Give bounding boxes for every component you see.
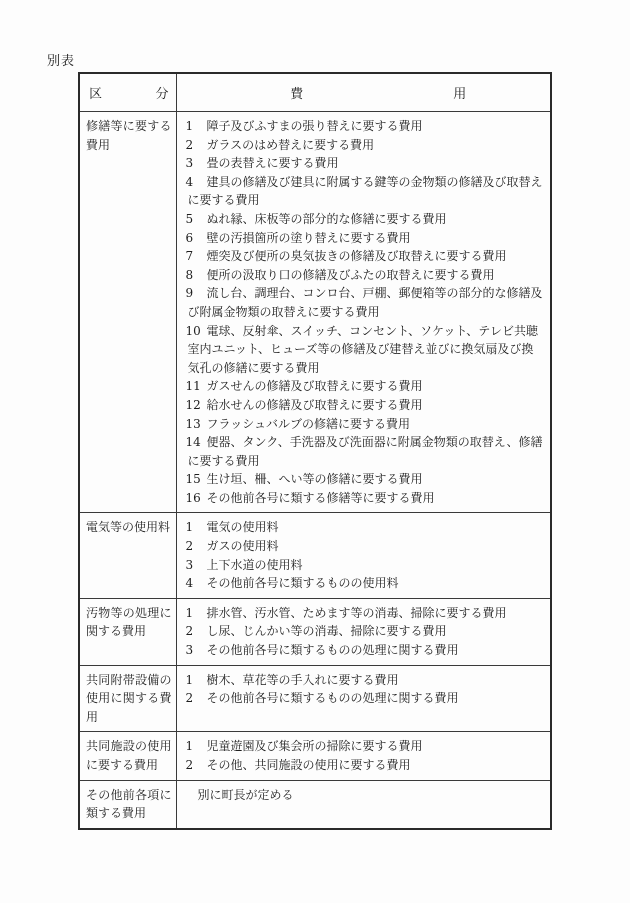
expense-item: 2ガスの使用料 bbox=[177, 537, 545, 556]
category-cell: 修繕等に要する費用 bbox=[79, 112, 176, 513]
document-page: 別表 区 分 費 用 修繕等に要 bbox=[0, 0, 630, 903]
expense-item: 16その他前各号に類する修繕等に要する費用 bbox=[177, 489, 545, 508]
item-text: し尿、じんかい等の消毒、掃除に要する費用 bbox=[207, 624, 447, 638]
item-text: 上下水道の使用料 bbox=[207, 558, 303, 572]
item-number: 15 bbox=[186, 470, 207, 489]
item-number: 3 bbox=[186, 641, 207, 660]
item-number: 2 bbox=[186, 689, 207, 708]
expense-item: 1樹木、草花等の手入れに要する費用 bbox=[177, 671, 545, 690]
item-text: 生け垣、柵、へい等の修繕に要する費用 bbox=[207, 472, 423, 486]
item-number: 2 bbox=[186, 622, 207, 641]
item-text: その他、共同施設の使用に要する費用 bbox=[207, 758, 411, 772]
item-number: 2 bbox=[186, 537, 207, 556]
item-text: その他前各号に類するものの使用料 bbox=[207, 576, 399, 590]
expense-item: 1電気の使用料 bbox=[177, 518, 545, 537]
header-expense-char-left: 費 bbox=[290, 83, 303, 102]
header-expense-char-right: 用 bbox=[453, 83, 466, 102]
table-row: 共同附帯設備の使用に関する費用1樹木、草花等の手入れに要する費用2その他前各号に… bbox=[79, 665, 551, 732]
header-category-cell: 区 分 bbox=[79, 73, 176, 112]
expense-item: 6壁の汚損箇所の塗り替えに要する費用 bbox=[177, 229, 545, 248]
table-row: その他前各項に類する費用別に町長が定める bbox=[79, 780, 551, 829]
expense-cell: 1児童遊園及び集会所の掃除に要する費用2その他、共同施設の使用に要する費用 bbox=[176, 732, 551, 780]
item-text: 便器、タンク、手洗器及び洗面器に附属金物類の取替え、修繕に要する費用 bbox=[188, 435, 543, 468]
item-number: 11 bbox=[186, 377, 207, 396]
item-number: 4 bbox=[186, 173, 207, 192]
expense-item: 2その他、共同施設の使用に要する費用 bbox=[177, 756, 545, 775]
expense-item: 8便所の汲取り口の修繕及びふたの取替えに要する費用 bbox=[177, 266, 545, 285]
item-number: 5 bbox=[186, 210, 207, 229]
item-number: 10 bbox=[186, 322, 207, 341]
category-cell: 共同附帯設備の使用に関する費用 bbox=[79, 665, 176, 732]
table-row: 汚物等の処理に関する費用1排水管、汚水管、ためます等の消毒、掃除に要する費用2し… bbox=[79, 598, 551, 665]
table-row: 修繕等に要する費用1障子及びふすまの張り替えに要する費用2ガラスのはめ替えに要す… bbox=[79, 112, 551, 513]
expense-item: 13フラッシュバルブの修繕に要する費用 bbox=[177, 415, 545, 434]
category-cell: 電気等の使用料 bbox=[79, 513, 176, 598]
item-number: 2 bbox=[186, 756, 207, 775]
item-text: 給水せんの修繕及び取替えに要する費用 bbox=[207, 398, 423, 412]
item-number: 1 bbox=[186, 671, 207, 690]
expense-item: 別に町長が定める bbox=[177, 786, 545, 805]
item-text: その他前各号に類する修繕等に要する費用 bbox=[207, 491, 435, 505]
item-number: 8 bbox=[186, 266, 207, 285]
table-row: 電気等の使用料1電気の使用料2ガスの使用料3上下水道の使用料4その他前各号に類す… bbox=[79, 513, 551, 598]
expense-cell: 1障子及びふすまの張り替えに要する費用2ガラスのはめ替えに要する費用3畳の表替え… bbox=[176, 112, 551, 513]
header-row: 区 分 費 用 bbox=[79, 73, 551, 112]
table-row: 共同施設の使用に要する費用1児童遊園及び集会所の掃除に要する費用2その他、共同施… bbox=[79, 732, 551, 780]
item-number: 6 bbox=[186, 229, 207, 248]
expense-item: 2その他前各号に類するものの処理に関する費用 bbox=[177, 689, 545, 708]
item-text: ぬれ縁、床板等の部分的な修繕に要する費用 bbox=[207, 212, 447, 226]
expense-item: 3その他前各号に類するものの処理に関する費用 bbox=[177, 641, 545, 660]
header-expense: 費 用 bbox=[177, 83, 551, 102]
expense-item: 3畳の表替えに要する費用 bbox=[177, 154, 545, 173]
item-text: その他前各号に類するものの処理に関する費用 bbox=[207, 643, 459, 657]
expense-cell: 1電気の使用料2ガスの使用料3上下水道の使用料4その他前各号に類するものの使用料 bbox=[176, 513, 551, 598]
expense-cell: 1排水管、汚水管、ためます等の消毒、掃除に要する費用2し尿、じんかい等の消毒、掃… bbox=[176, 598, 551, 665]
expense-item: 3上下水道の使用料 bbox=[177, 556, 545, 575]
expense-item: 1児童遊園及び集会所の掃除に要する費用 bbox=[177, 737, 545, 756]
item-text: 電気の使用料 bbox=[207, 520, 279, 534]
item-number: 1 bbox=[186, 518, 207, 537]
category-cell: 共同施設の使用に要する費用 bbox=[79, 732, 176, 780]
item-number: 2 bbox=[186, 136, 207, 155]
item-text: 畳の表替えに要する費用 bbox=[207, 156, 339, 170]
expense-item: 9流し台、調理台、コンロ台、戸棚、郵便箱等の部分的な修繕及び附属金物類の取替えに… bbox=[177, 284, 545, 321]
header-category-char-right: 分 bbox=[155, 83, 168, 102]
item-number: 7 bbox=[186, 247, 207, 266]
item-number: 16 bbox=[186, 489, 207, 508]
item-number: 14 bbox=[186, 433, 207, 452]
item-text: 別に町長が定める bbox=[198, 788, 294, 802]
header-category-char-left: 区 bbox=[89, 83, 102, 102]
expense-item: 2し尿、じんかい等の消毒、掃除に要する費用 bbox=[177, 622, 545, 641]
item-text: ガスせんの修繕及び取替えに要する費用 bbox=[207, 379, 423, 393]
category-cell: 汚物等の処理に関する費用 bbox=[79, 598, 176, 665]
item-text: ガスの使用料 bbox=[207, 539, 279, 553]
expense-item: 5ぬれ縁、床板等の部分的な修繕に要する費用 bbox=[177, 210, 545, 229]
table-caption: 別表 bbox=[47, 50, 75, 69]
item-text: ガラスのはめ替えに要する費用 bbox=[207, 138, 375, 152]
item-text: 便所の汲取り口の修繕及びふたの取替えに要する費用 bbox=[207, 268, 495, 282]
item-number: 12 bbox=[186, 396, 207, 415]
expense-cell: 別に町長が定める bbox=[176, 780, 551, 829]
item-text: 流し台、調理台、コンロ台、戸棚、郵便箱等の部分的な修繕及び附属金物類の取替えに要… bbox=[188, 286, 543, 319]
expense-item: 10電球、反射傘、スイッチ、コンセント、ソケット、テレビ共聴室内ユニット、ヒュー… bbox=[177, 322, 545, 378]
fee-table: 区 分 費 用 修繕等に要する費用1障子及びふすまの張り替えに要する費用2ガラス… bbox=[78, 72, 552, 830]
item-text: 建具の修繕及び建具に附属する鍵等の金物類の修繕及び取替えに要する費用 bbox=[188, 175, 543, 208]
expense-item: 1障子及びふすまの張り替えに要する費用 bbox=[177, 117, 545, 136]
item-number: 1 bbox=[186, 737, 207, 756]
expense-item: 7煙突及び便所の臭気抜きの修繕及び取替えに要する費用 bbox=[177, 247, 545, 266]
item-number: 1 bbox=[186, 604, 207, 623]
item-text: 児童遊園及び集会所の掃除に要する費用 bbox=[207, 739, 423, 753]
item-number: 4 bbox=[186, 574, 207, 593]
item-number: 3 bbox=[186, 154, 207, 173]
expense-item: 1排水管、汚水管、ためます等の消毒、掃除に要する費用 bbox=[177, 604, 545, 623]
item-text: 壁の汚損箇所の塗り替えに要する費用 bbox=[207, 231, 411, 245]
expense-item: 12給水せんの修繕及び取替えに要する費用 bbox=[177, 396, 545, 415]
item-text: 障子及びふすまの張り替えに要する費用 bbox=[207, 119, 423, 133]
item-text: 樹木、草花等の手入れに要する費用 bbox=[207, 673, 399, 687]
item-text: 排水管、汚水管、ためます等の消毒、掃除に要する費用 bbox=[207, 606, 507, 620]
item-number: 3 bbox=[186, 556, 207, 575]
category-cell: その他前各項に類する費用 bbox=[79, 780, 176, 829]
expense-item: 4その他前各号に類するものの使用料 bbox=[177, 574, 545, 593]
item-number: 9 bbox=[186, 284, 207, 303]
item-text: 電球、反射傘、スイッチ、コンセント、ソケット、テレビ共聴室内ユニット、ヒューズ等… bbox=[188, 324, 539, 375]
expense-item: 11ガスせんの修繕及び取替えに要する費用 bbox=[177, 377, 545, 396]
header-category: 区 分 bbox=[80, 83, 176, 102]
expense-item: 2ガラスのはめ替えに要する費用 bbox=[177, 136, 545, 155]
item-text: 煙突及び便所の臭気抜きの修繕及び取替えに要する費用 bbox=[207, 249, 507, 263]
expense-item: 15生け垣、柵、へい等の修繕に要する費用 bbox=[177, 470, 545, 489]
expense-item: 14便器、タンク、手洗器及び洗面器に附属金物類の取替え、修繕に要する費用 bbox=[177, 433, 545, 470]
header-expense-cell: 費 用 bbox=[176, 73, 551, 112]
item-text: フラッシュバルブの修繕に要する費用 bbox=[207, 417, 411, 431]
expense-cell: 1樹木、草花等の手入れに要する費用2その他前各号に類するものの処理に関する費用 bbox=[176, 665, 551, 732]
expense-item: 4建具の修繕及び建具に附属する鍵等の金物類の修繕及び取替えに要する費用 bbox=[177, 173, 545, 210]
item-number: 1 bbox=[186, 117, 207, 136]
item-number: 13 bbox=[186, 415, 207, 434]
item-text: その他前各号に類するものの処理に関する費用 bbox=[207, 691, 459, 705]
